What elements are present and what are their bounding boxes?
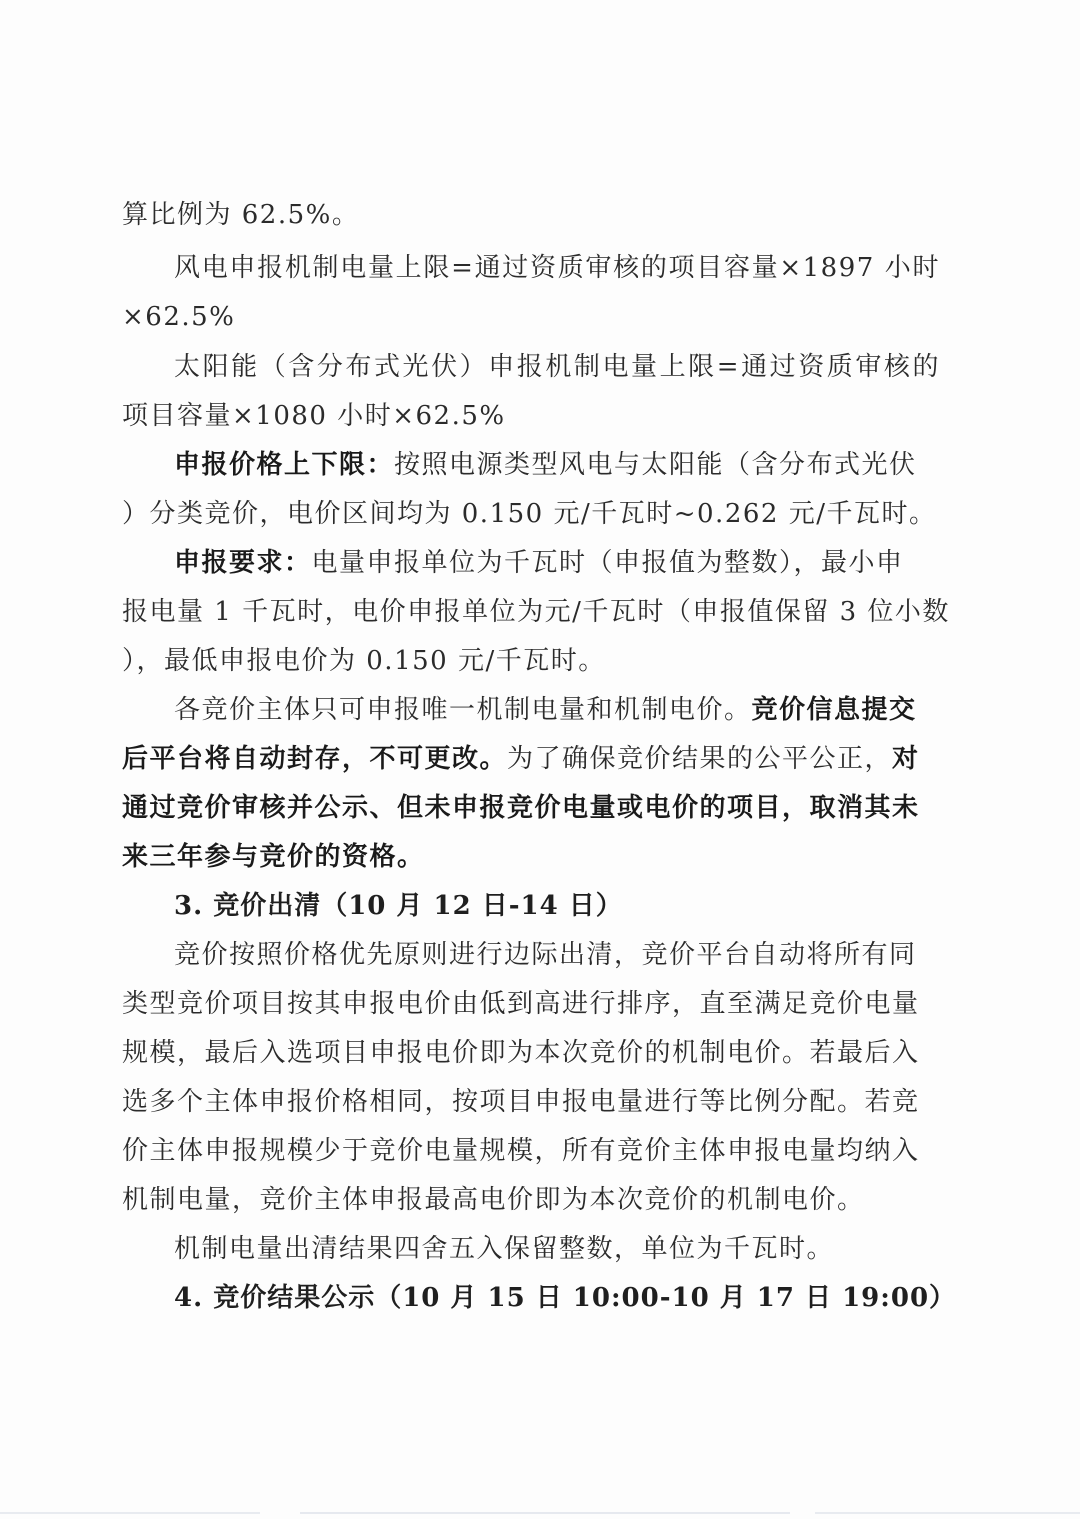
text-line: 报电量 1 千瓦时，电价申报单位为元/千瓦时（申报值保留 3 位小数: [122, 592, 940, 632]
text-line: 后平台将自动封存，不可更改。为了确保竞价结果的公平公正，对: [122, 739, 940, 779]
text-line: 项目容量×1080 小时×62.5%: [122, 396, 940, 436]
bold-run: 后平台将自动封存，不可更改。: [122, 744, 507, 774]
text-line: 申报要求：电量申报单位为千瓦时（申报值为整数），最小申: [174, 543, 940, 583]
bold-run: 竞价信息提交: [752, 695, 917, 725]
text-line: 风电申报机制电量上限=通过资质审核的项目容量×1897 小时: [174, 248, 940, 288]
text-line: ），最低申报电价为 0.150 元/千瓦时。: [122, 641, 940, 681]
bold-run: 对: [892, 744, 920, 774]
text-run: 各竞价主体只可申报唯一机制电量和机制电价。: [174, 695, 752, 725]
text-line: 太阳能（含分布式光伏）申报机制电量上限=通过资质审核的: [174, 347, 940, 387]
document-page: 算比例为 62.5%。 风电申报机制电量上限=通过资质审核的项目容量×1897 …: [0, 0, 1080, 1519]
text-line: 申报价格上下限：按照电源类型风电与太阳能（含分布式光伏: [174, 445, 940, 485]
text-run: 按照电源类型风电与太阳能（含分布式光伏: [394, 450, 917, 480]
text-line: 竞价按照价格优先原则进行边际出清，竞价平台自动将所有同: [174, 935, 940, 975]
text-run: 电量申报单位为千瓦时（申报值为整数），最小申: [312, 548, 904, 578]
text-run: 为了确保竞价结果的公平公正，: [507, 744, 892, 774]
section-heading: 3. 竞价出清（10 月 12 日-14 日）: [174, 886, 940, 926]
text-line: 机制电量，竞价主体申报最高电价即为本次竞价的机制电价。: [122, 1180, 940, 1220]
text-line: ×62.5%: [122, 297, 940, 337]
text-line: 选多个主体申报价格相同，按项目申报电量进行等比例分配。若竞: [122, 1082, 940, 1122]
text-line: 算比例为 62.5%。: [122, 195, 940, 235]
text-line: 来三年参与竞价的资格。: [122, 837, 940, 877]
text-line: 类型竞价项目按其申报电价由低到高进行排序，直至满足竞价电量: [122, 984, 940, 1024]
text-line: 通过竞价审核并公示、但未申报竞价电量或电价的项目，取消其未: [122, 788, 940, 828]
bold-label: 申报价格上下限：: [174, 450, 394, 480]
bold-label: 申报要求：: [174, 548, 312, 578]
text-line: 机制电量出清结果四舍五入保留整数，单位为千瓦时。: [174, 1229, 940, 1269]
scan-edge-divider: [0, 1512, 1080, 1514]
text-line: 规模，最后入选项目申报电价即为本次竞价的机制电价。若最后入: [122, 1033, 940, 1073]
text-line: ）分类竞价，电价区间均为 0.150 元/千瓦时~0.262 元/千瓦时。: [122, 494, 940, 534]
text-line: 价主体申报规模少于竞价电量规模，所有竞价主体申报电量均纳入: [122, 1131, 940, 1171]
section-heading: 4. 竞价结果公示（10 月 15 日 10:00-10 月 17 日 19:0…: [174, 1278, 940, 1318]
text-line: 各竞价主体只可申报唯一机制电量和机制电价。竞价信息提交: [174, 690, 940, 730]
